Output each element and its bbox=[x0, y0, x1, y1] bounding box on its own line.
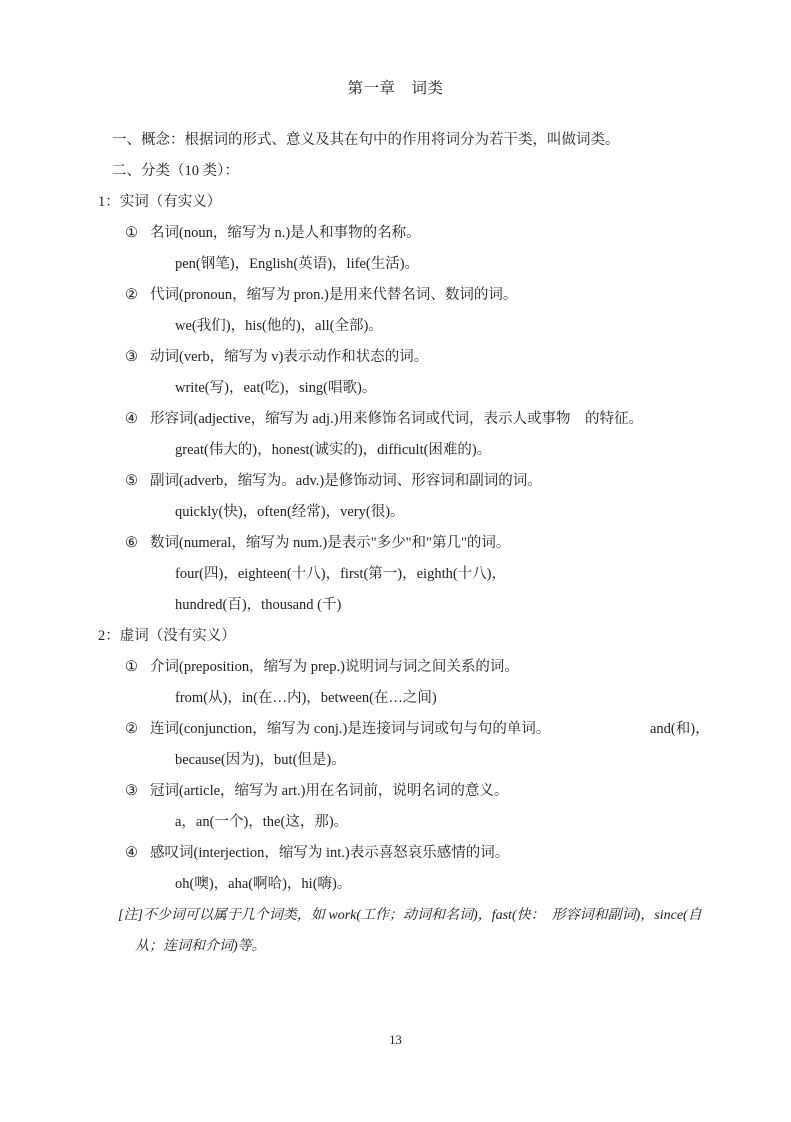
document-page: 第一章 词类 一、概念：根据词的形式、意义及其在句中的作用将词分为若干类，叫做词… bbox=[0, 0, 791, 1122]
list-item-text: 动词(verb，缩写为 v)表示动作和状态的词。 bbox=[150, 349, 428, 365]
circled-number-icon: ④ bbox=[125, 404, 150, 435]
example-line-adverb: quickly(快)，often(经常)，very(很)。 bbox=[0, 497, 791, 528]
circled-number-icon: ⑥ bbox=[125, 528, 150, 559]
example-line-article: a，an(一个)，the(这，那)。 bbox=[0, 807, 791, 838]
example-line-conjunction: because(因为)，but(但是)。 bbox=[0, 745, 791, 776]
example-line-interjection: oh(噢)，aha(啊哈)，hi(嗨)。 bbox=[0, 869, 791, 900]
list-item-interjection: ④感叹词(interjection，缩写为 int.)表示喜怒哀乐感情的词。 bbox=[0, 838, 791, 869]
page-title: 第一章 词类 bbox=[0, 76, 791, 98]
list-item-pronoun: ②代词(pronoun，缩写为 pron.)是用来代替名词、数词的词。 bbox=[0, 280, 791, 311]
list-item-text: 名词(noun，缩写为 n.)是人和事物的名称。 bbox=[150, 225, 421, 241]
section-heading-concept: 一、概念：根据词的形式、意义及其在句中的作用将词分为若干类，叫做词类。 bbox=[0, 125, 791, 156]
list-item-numeral: ⑥数词(numeral，缩写为 num.)是表示"多少"和"第几"的词。 bbox=[0, 528, 791, 559]
subsection-notional-words: 1：实词（有实义） bbox=[0, 187, 791, 218]
circled-number-icon: ② bbox=[125, 280, 150, 311]
list-item-noun: ①名词(noun，缩写为 n.)是人和事物的名称。 bbox=[0, 218, 791, 249]
example-line-pronoun: we(我们)，his(他的)，all(全部)。 bbox=[0, 311, 791, 342]
section-heading-classification: 二、分类（10 类）： bbox=[0, 156, 791, 187]
list-item-adjective: ④形容词(adjective，缩写为 adj.)用来修饰名词或代词，表示人或事物… bbox=[0, 404, 791, 435]
example-line-preposition: from(从)，in(在…内)，between(在…之间) bbox=[0, 683, 791, 714]
list-item-text: 感叹词(interjection，缩写为 int.)表示喜怒哀乐感情的词。 bbox=[150, 845, 509, 861]
list-item-verb: ③动词(verb，缩写为 v)表示动作和状态的词。 bbox=[0, 342, 791, 373]
subsection-function-words: 2：虚词（没有实义） bbox=[0, 621, 791, 652]
circled-number-icon: ① bbox=[125, 652, 150, 683]
list-item-text: 副词(adverb，缩写为。adv.)是修饰动词、形容词和副词的词。 bbox=[150, 473, 542, 489]
note-line-2: 从；连词和介词)等。 bbox=[0, 931, 791, 962]
page-number: 13 bbox=[0, 1030, 791, 1050]
circled-number-icon: ② bbox=[125, 714, 150, 745]
circled-number-icon: ⑤ bbox=[125, 466, 150, 497]
circled-number-icon: ① bbox=[125, 218, 150, 249]
list-item-conjunction: ②连词(conjunction，缩写为 conj.)是连接词与词或句与句的单词。… bbox=[0, 714, 791, 745]
list-item-text: 连词(conjunction，缩写为 conj.)是连接词与词或句与句的单词。 bbox=[150, 721, 550, 737]
list-item-text: 介词(preposition，缩写为 prep.)说明词与词之间关系的词。 bbox=[150, 659, 519, 675]
circled-number-icon: ③ bbox=[125, 776, 150, 807]
conjunction-example-and: and(和)， bbox=[650, 714, 710, 745]
list-item-text: 数词(numeral，缩写为 num.)是表示"多少"和"第几"的词。 bbox=[150, 535, 510, 551]
note-line-1: [注]不少词可以属于几个词类，如 work(工作；动词和名词)，fast(快： … bbox=[0, 900, 791, 931]
list-item-text: 代词(pronoun，缩写为 pron.)是用来代替名词、数词的词。 bbox=[150, 287, 517, 303]
example-line-noun: pen(钢笔)，English(英语)，life(生活)。 bbox=[0, 249, 791, 280]
list-item-adverb: ⑤副词(adverb，缩写为。adv.)是修饰动词、形容词和副词的词。 bbox=[0, 466, 791, 497]
example-line-verb: write(写)，eat(吃)，sing(唱歌)。 bbox=[0, 373, 791, 404]
list-item-text: 冠词(article，缩写为 art.)用在名词前，说明名词的意义。 bbox=[150, 783, 508, 799]
example-line-numeral-1: four(四)，eighteen(十八)，first(第一)，eighth(十八… bbox=[0, 559, 791, 590]
circled-number-icon: ③ bbox=[125, 342, 150, 373]
example-line-numeral-2: hundred(百)，thousand (千) bbox=[0, 590, 791, 621]
circled-number-icon: ④ bbox=[125, 838, 150, 869]
example-line-adjective: great(伟大的)，honest(诚实的)，difficult(困难的)。 bbox=[0, 435, 791, 466]
list-item-text: 形容词(adjective，缩写为 adj.)用来修饰名词或代词，表示人或事物 … bbox=[150, 411, 643, 427]
list-item-article: ③冠词(article，缩写为 art.)用在名词前，说明名词的意义。 bbox=[0, 776, 791, 807]
list-item-preposition: ①介词(preposition，缩写为 prep.)说明词与词之间关系的词。 bbox=[0, 652, 791, 683]
document-body: 一、概念：根据词的形式、意义及其在句中的作用将词分为若干类，叫做词类。 二、分类… bbox=[0, 125, 791, 962]
